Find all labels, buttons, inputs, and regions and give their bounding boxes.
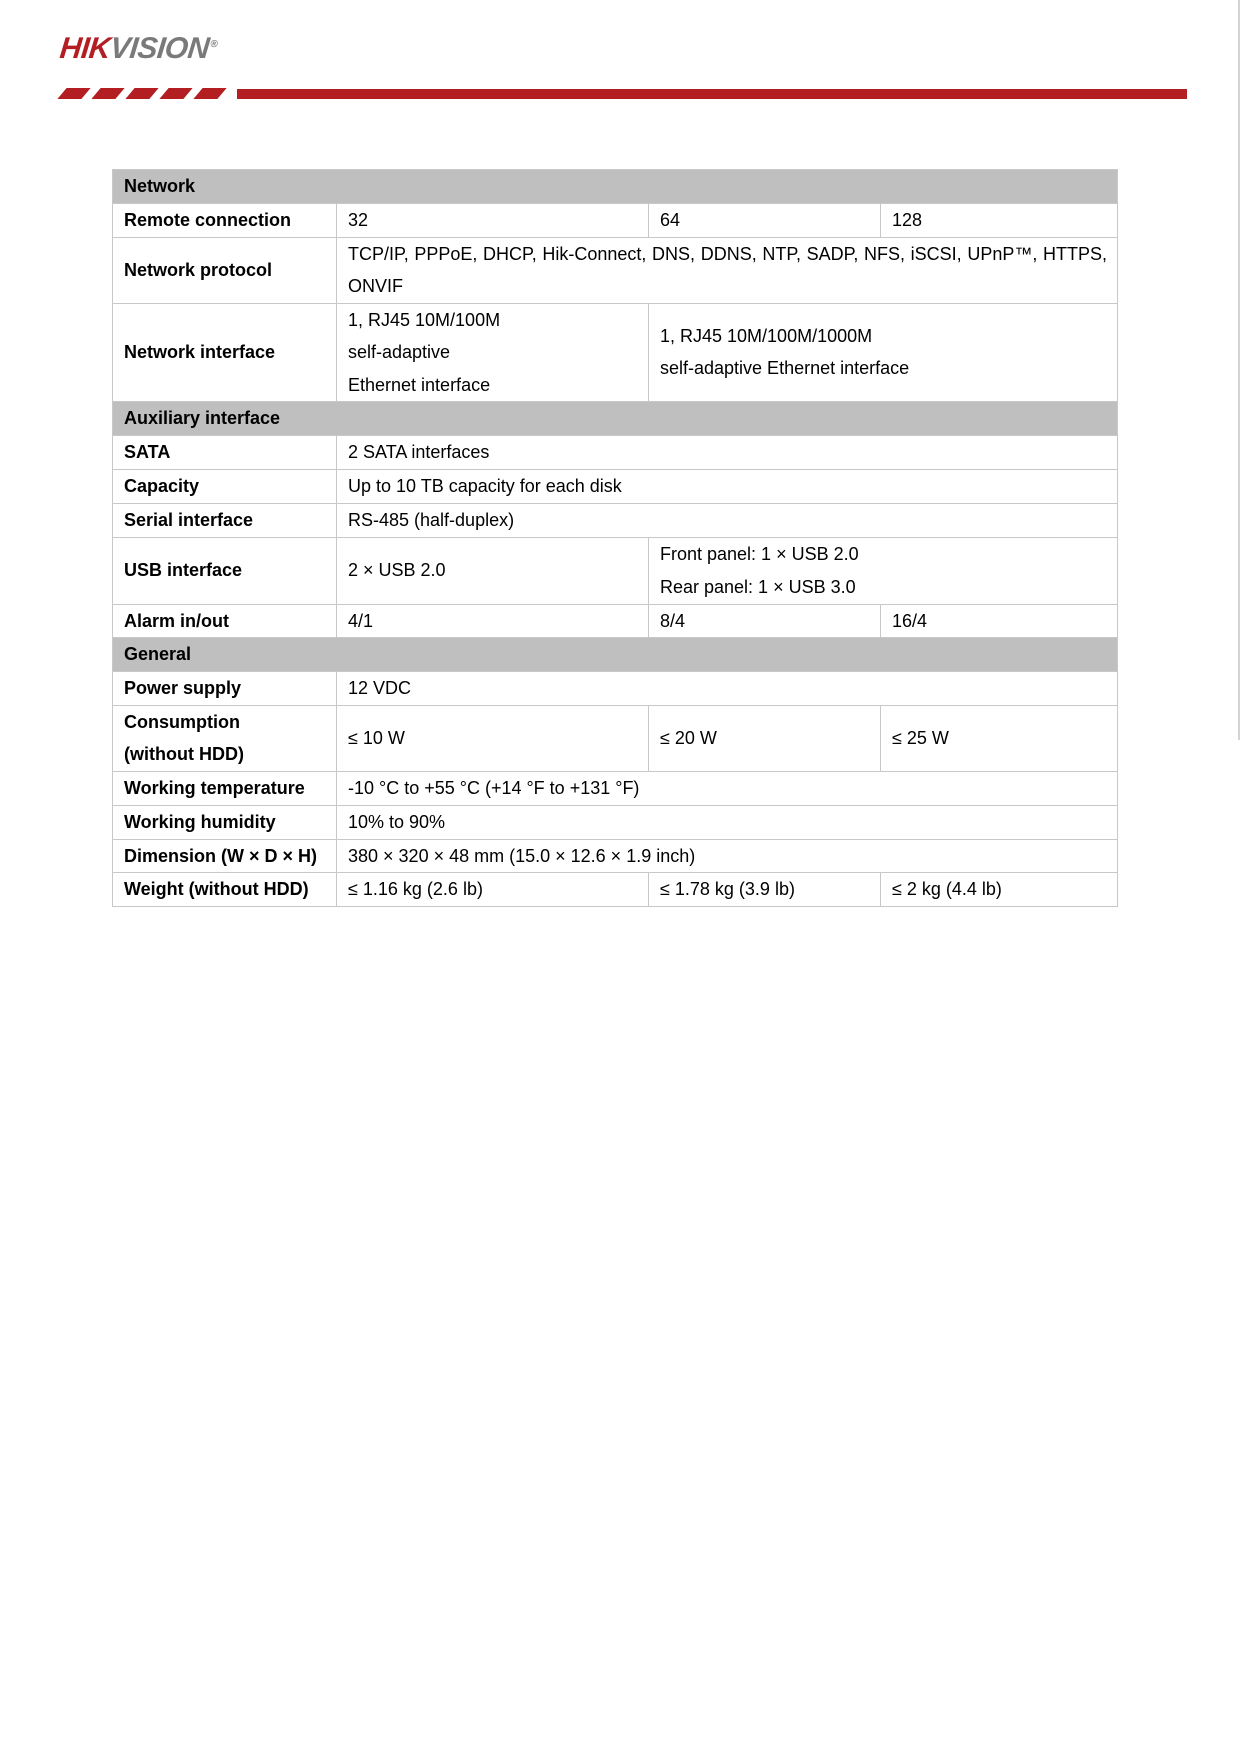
row-label: USB interface: [113, 537, 337, 604]
stripe-segment: [193, 88, 226, 99]
row-value: 8/4: [649, 604, 881, 638]
row-value: 16/4: [881, 604, 1118, 638]
section-header-auxiliary: Auxiliary interface: [113, 402, 1118, 436]
row-value: ≤ 20 W: [649, 705, 881, 771]
table-row-sata: SATA 2 SATA interfaces: [113, 436, 1118, 470]
section-title: Auxiliary interface: [113, 402, 1118, 436]
table-row-dimension: Dimension (W × D × H) 380 × 320 × 48 mm …: [113, 839, 1118, 873]
row-value: 12 VDC: [337, 672, 1118, 706]
row-value: ≤ 10 W: [337, 705, 649, 771]
row-value: 380 × 320 × 48 mm (15.0 × 12.6 × 1.9 inc…: [337, 839, 1118, 873]
specifications-table: Network Remote connection 32 64 128 Netw…: [112, 169, 1118, 907]
table-row-serial-interface: Serial interface RS-485 (half-duplex): [113, 504, 1118, 538]
stripe-segment: [125, 88, 158, 99]
table-row-alarm-in-out: Alarm in/out 4/1 8/4 16/4: [113, 604, 1118, 638]
table-row-capacity: Capacity Up to 10 TB capacity for each d…: [113, 470, 1118, 504]
row-value: -10 °C to +55 °C (+14 °F to +131 °F): [337, 771, 1118, 805]
logo-text-red: HIK: [58, 32, 112, 65]
row-value: 10% to 90%: [337, 805, 1118, 839]
value-line: 1, RJ45 10M/100M: [348, 304, 638, 337]
value-line: Ethernet interface: [348, 369, 638, 402]
section-title: Network: [113, 170, 1118, 204]
row-label: Weight (without HDD): [113, 873, 337, 907]
value-line: Front panel: 1 × USB 2.0: [660, 538, 1107, 571]
row-label: Network protocol: [113, 237, 337, 303]
row-value: 2 SATA interfaces: [337, 436, 1118, 470]
row-label: Serial interface: [113, 504, 337, 538]
row-label: Consumption (without HDD): [113, 705, 337, 771]
row-value: 32: [337, 204, 649, 238]
section-title: General: [113, 638, 1118, 672]
row-value: 4/1: [337, 604, 649, 638]
label-line: (without HDD): [124, 738, 326, 771]
table-row-network-protocol: Network protocol TCP/IP, PPPoE, DHCP, Hi…: [113, 237, 1118, 303]
row-label: Power supply: [113, 672, 337, 706]
row-label: Capacity: [113, 470, 337, 504]
row-value: RS-485 (half-duplex): [337, 504, 1118, 538]
table-row-weight: Weight (without HDD) ≤ 1.16 kg (2.6 lb) …: [113, 873, 1118, 907]
value-line: Rear panel: 1 × USB 3.0: [660, 571, 1107, 604]
header-rule: [237, 89, 1187, 99]
section-header-network: Network: [113, 170, 1118, 204]
row-value: Front panel: 1 × USB 2.0 Rear panel: 1 ×…: [649, 537, 1118, 604]
table-row-consumption: Consumption (without HDD) ≤ 10 W ≤ 20 W …: [113, 705, 1118, 771]
row-value: Up to 10 TB capacity for each disk: [337, 470, 1118, 504]
row-value: ≤ 1.78 kg (3.9 lb): [649, 873, 881, 907]
row-value: ≤ 2 kg (4.4 lb): [881, 873, 1118, 907]
row-value: ≤ 25 W: [881, 705, 1118, 771]
row-label: Network interface: [113, 303, 337, 402]
value-line: self-adaptive: [348, 336, 638, 369]
table-row-remote-connection: Remote connection 32 64 128: [113, 204, 1118, 238]
row-value: 128: [881, 204, 1118, 238]
section-header-general: General: [113, 638, 1118, 672]
row-value: 1, RJ45 10M/100M/1000M self-adaptive Eth…: [649, 303, 1118, 402]
table-row-working-humidity: Working humidity 10% to 90%: [113, 805, 1118, 839]
table-row-working-temperature: Working temperature -10 °C to +55 °C (+1…: [113, 771, 1118, 805]
row-value: TCP/IP, PPPoE, DHCP, Hik-Connect, DNS, D…: [337, 237, 1118, 303]
stripe-segment: [91, 88, 124, 99]
row-label: Dimension (W × D × H): [113, 839, 337, 873]
row-value: 1, RJ45 10M/100M self-adaptive Ethernet …: [337, 303, 649, 402]
table-row-network-interface: Network interface 1, RJ45 10M/100M self-…: [113, 303, 1118, 402]
header-stripe-decoration: [0, 88, 1240, 99]
row-value: 64: [649, 204, 881, 238]
table-row-usb-interface: USB interface 2 × USB 2.0 Front panel: 1…: [113, 537, 1118, 604]
value-line: 1, RJ45 10M/100M/1000M: [660, 320, 1107, 353]
stripe-segment: [57, 88, 90, 99]
row-label: Working humidity: [113, 805, 337, 839]
value-line: self-adaptive Ethernet interface: [660, 352, 1107, 385]
row-value: 2 × USB 2.0: [337, 537, 649, 604]
logo-text-gray: VISION: [108, 32, 210, 65]
row-label: Alarm in/out: [113, 604, 337, 638]
registered-mark: ®: [210, 39, 218, 50]
label-line: Consumption: [124, 706, 326, 739]
row-label: SATA: [113, 436, 337, 470]
row-value: ≤ 1.16 kg (2.6 lb): [337, 873, 649, 907]
table-row-power-supply: Power supply 12 VDC: [113, 672, 1118, 706]
hikvision-logo: HIKVISION®: [58, 33, 218, 65]
stripe-segment: [159, 88, 192, 99]
row-label: Working temperature: [113, 771, 337, 805]
row-label: Remote connection: [113, 204, 337, 238]
